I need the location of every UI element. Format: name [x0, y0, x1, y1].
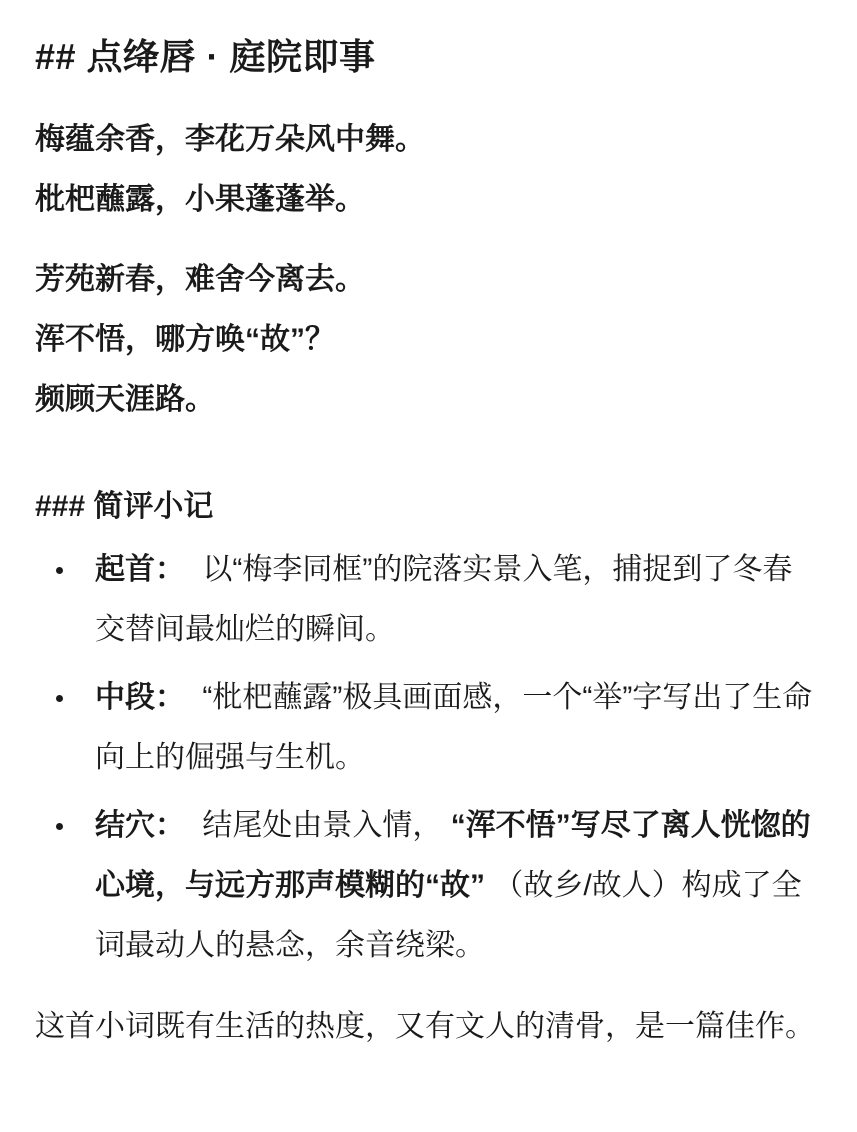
document: ## 点绛唇 · 庭院即事 梅蕴余香，李花万朵风中舞。 枇杷蘸露，小果蓬蓬举。 …: [35, 32, 822, 1057]
list-item-text: 结尾处由景入情，: [202, 809, 442, 842]
list-item: 起首： 以“梅李同框”的院落实景入笔，捕捉到了冬春交替间最灿烂的瞬间。: [35, 540, 822, 660]
list-item-label: 起首：: [95, 553, 185, 586]
list-item-label: 结穴：: [95, 809, 185, 842]
poem-line: 芳苑新春，难舍今离去。: [35, 250, 822, 310]
review-section-heading: ### 简评小记: [35, 486, 822, 528]
poem-title-heading: ## 点绛唇 · 庭院即事: [35, 32, 822, 82]
list-item-text: “枇杷蘸露”极具画面感，一个“举”字写出了生命向上的倔强与生机。: [95, 681, 812, 774]
list-item-text: 以“梅李同框”的院落实景入笔，捕捉到了冬春交替间最灿烂的瞬间。: [95, 553, 792, 646]
poem-line: 频顾天涯路。: [35, 370, 822, 430]
bullet-dot: [56, 695, 63, 702]
review-list: 起首： 以“梅李同框”的院落实景入笔，捕捉到了冬春交替间最灿烂的瞬间。 中段： …: [35, 540, 822, 976]
poem-line: 浑不悟，哪方唤“故”？: [35, 310, 822, 370]
bullet-dot: [56, 567, 63, 574]
poem-stanza-2: 芳苑新春，难舍今离去。 浑不悟，哪方唤“故”？ 频顾天涯路。: [35, 250, 822, 430]
bullet-dot: [56, 823, 63, 830]
list-item: 结穴： 结尾处由景入情， “浑不悟”写尽了离人恍惚的心境，与远方那声模糊的“故”…: [35, 796, 822, 976]
list-item: 中段： “枇杷蘸露”极具画面感，一个“举”字写出了生命向上的倔强与生机。: [35, 668, 822, 788]
poem-line: 梅蕴余香，李花万朵风中舞。: [35, 110, 822, 170]
poem-stanza-1: 梅蕴余香，李花万朵风中舞。 枇杷蘸露，小果蓬蓬举。: [35, 110, 822, 230]
poem-line: 枇杷蘸露，小果蓬蓬举。: [35, 170, 822, 230]
list-item-label: 中段：: [95, 681, 185, 714]
closing-remark: 这首小词既有生活的热度，又有文人的清骨，是一篇佳作。: [35, 997, 822, 1057]
